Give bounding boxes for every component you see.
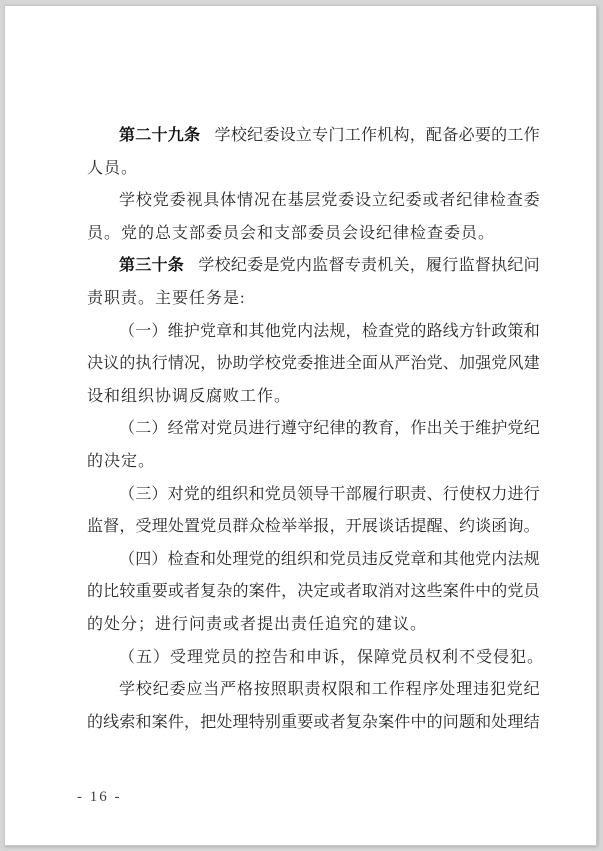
text-char: 立: [296, 120, 312, 153]
text-char: 机: [377, 120, 393, 153]
text-char: 建: [524, 348, 540, 381]
text-char: 者: [346, 576, 362, 609]
text-char: 履: [426, 250, 442, 283]
text-char: 组: [281, 544, 297, 577]
text-char: 应: [186, 674, 202, 707]
text-char: 纪: [153, 674, 169, 707]
text-char: 情: [168, 348, 184, 381]
text-char: 检: [490, 185, 506, 218]
text-char: 党: [321, 185, 337, 218]
text-char: 和: [232, 316, 248, 349]
text-char: ）: [151, 316, 167, 349]
text-char: 员: [524, 576, 540, 609]
text-char: 监: [312, 250, 328, 283]
text-char: 党: [394, 316, 410, 349]
text-char: 治: [410, 348, 426, 381]
text-char: 理: [507, 707, 523, 740]
text-char: 委: [247, 250, 263, 283]
text-char: ，: [119, 511, 135, 544]
text-char: 件: [459, 576, 475, 609]
text-char: 学: [198, 250, 214, 283]
text-char: ，: [410, 250, 426, 283]
text-char: 的: [119, 348, 135, 381]
text-char: 纪: [524, 413, 540, 446]
text-char: 构: [394, 120, 410, 153]
text-char: 是: [263, 250, 279, 283]
text-char: 四: [135, 544, 151, 577]
text-char: 校: [265, 348, 281, 381]
text-char: 举: [297, 511, 313, 544]
text-char: 。: [524, 511, 540, 544]
text-char: 重: [281, 707, 297, 740]
text-char: 举: [281, 511, 297, 544]
text-char: 助: [233, 348, 249, 381]
text-char: 或: [422, 185, 438, 218]
text-char: 案: [152, 707, 168, 740]
text-char: 序: [422, 674, 438, 707]
text-char: ）: [151, 413, 167, 446]
text-char: 线: [103, 707, 119, 740]
text-char: 学: [119, 674, 135, 707]
text-char: （: [119, 544, 135, 577]
text-char: 章: [410, 544, 426, 577]
text-char: 作: [410, 413, 426, 446]
article-heading-char: 九: [168, 120, 184, 153]
text-char: 行: [442, 250, 458, 283]
text-char: 三: [135, 479, 151, 512]
document-body: 第二十九条学校纪委设立专门工作机构，配备必要的工作人员。学校党委视具体情况在基层…: [87, 120, 540, 739]
text-char: 校: [215, 250, 231, 283]
article-heading-char: 二: [135, 120, 151, 153]
text-char: 风: [507, 348, 523, 381]
text-line: 责职责。主要任务是:: [87, 283, 540, 316]
text-char: 党: [508, 413, 524, 446]
text-char: 复: [346, 707, 362, 740]
text-char: 按: [254, 674, 270, 707]
text-char: 律: [329, 413, 345, 446]
text-char: ，: [410, 120, 426, 153]
text-char: 对: [394, 576, 410, 609]
text-char: 出: [427, 413, 443, 446]
text-char: 干: [329, 479, 345, 512]
page-number: - 16 -: [77, 789, 122, 806]
text-line: 的处分；进行问责或者提出责任追究的建议。: [87, 609, 540, 642]
text-char: 立: [372, 185, 388, 218]
text-char: 领: [297, 479, 313, 512]
text-char: 守: [297, 413, 313, 446]
text-char: 复: [200, 576, 216, 609]
text-char: 作: [389, 674, 405, 707]
text-char: 层: [304, 185, 320, 218]
text-line: 学校纪委应当严格按照职责权限和工作程序处理违犯党纪: [87, 674, 540, 707]
text-char: 他: [265, 316, 281, 349]
text-line: 第三十条学校纪委是党内监督专责机关，履行监督执纪问: [87, 250, 540, 283]
article-heading-char: 条: [184, 120, 200, 153]
text-char: 的: [410, 316, 426, 349]
text-char: 党: [281, 348, 297, 381]
text-char: 决: [87, 348, 103, 381]
text-char: 员: [346, 544, 362, 577]
text-char: 作: [361, 120, 377, 153]
text-char: 案: [443, 576, 459, 609]
text-line: （三）对党的组织和党员领导干部履行职责、行使权力进行: [87, 479, 540, 512]
text-char: 党: [249, 544, 265, 577]
article-heading-char: 条: [168, 250, 184, 283]
text-char: 的: [491, 576, 507, 609]
text-char: 比: [103, 576, 119, 609]
text-char: 委: [170, 674, 186, 707]
text-line: 的线索和案件，把处理特别重要或者复杂案件中的问题和处理结: [87, 707, 540, 740]
text-char: 门: [328, 120, 344, 153]
text-char: 的: [346, 413, 362, 446]
text-char: 协: [216, 348, 232, 381]
text-char: 员: [216, 511, 232, 544]
text-char: 导: [313, 479, 329, 512]
text-char: 者: [184, 576, 200, 609]
text-char: 政: [491, 316, 507, 349]
text-char: 违: [473, 674, 489, 707]
text-char: 党: [200, 316, 216, 349]
text-char: 具: [203, 185, 219, 218]
text-char: 职: [394, 479, 410, 512]
text-line: 设和组织协调反腐败工作。: [87, 381, 540, 414]
text-char: 其: [443, 544, 459, 577]
text-char: 这: [410, 576, 426, 609]
text-char: 其: [249, 316, 265, 349]
text-char: 党: [280, 250, 296, 283]
text-char: 监: [459, 250, 475, 283]
text-char: 责: [410, 479, 426, 512]
text-char: 、: [427, 479, 443, 512]
text-char: 问: [524, 250, 540, 283]
text-char: ）: [151, 479, 167, 512]
text-char: 些: [427, 576, 443, 609]
text-char: 反: [378, 544, 394, 577]
text-char: 严: [220, 674, 236, 707]
text-char: 和: [524, 316, 540, 349]
text-char: 党: [184, 479, 200, 512]
text-char: 党: [507, 576, 523, 609]
text-char: 件: [394, 707, 410, 740]
text-char: 内: [491, 544, 507, 577]
text-char: 委: [297, 348, 313, 381]
text-char: 开: [346, 511, 362, 544]
text-char: 党: [265, 479, 281, 512]
text-char: （: [119, 316, 135, 349]
text-char: 机: [377, 250, 393, 283]
text-char: 纪: [389, 185, 405, 218]
text-char: 程: [406, 674, 422, 707]
text-char: 委: [406, 185, 422, 218]
text-char: 处: [168, 511, 184, 544]
text-char: 杂: [216, 576, 232, 609]
text-line: （一）维护党章和其他党内法规，检查党的路线方针政策和: [87, 316, 540, 349]
text-char: 重: [136, 576, 152, 609]
text-char: 件: [168, 707, 184, 740]
text-char: 众: [249, 511, 265, 544]
text-char: 函: [491, 511, 507, 544]
text-char: 维: [168, 316, 184, 349]
text-char: 中: [410, 707, 426, 740]
text-char: ）: [151, 544, 167, 577]
text-char: 律: [473, 185, 489, 218]
text-char: 的: [87, 707, 103, 740]
text-char: 督: [103, 511, 119, 544]
text-char: 备: [442, 120, 458, 153]
text-char: 犯: [490, 674, 506, 707]
article-heading-char: 十: [152, 120, 168, 153]
text-char: 对: [200, 413, 216, 446]
text-char: 题: [459, 707, 475, 740]
text-char: 或: [313, 707, 329, 740]
text-char: 执: [136, 348, 152, 381]
text-char: 消: [378, 576, 394, 609]
text-char: （: [119, 413, 135, 446]
text-char: 谈: [475, 511, 491, 544]
text-char: 工: [507, 120, 523, 153]
text-char: 件: [265, 576, 281, 609]
text-char: 员: [232, 413, 248, 446]
text-char: 育: [378, 413, 394, 446]
text-char: 和: [475, 707, 491, 740]
text-char: 遵: [281, 413, 297, 446]
text-char: 取: [362, 576, 378, 609]
text-char: 杂: [362, 707, 378, 740]
text-char: 委: [338, 185, 354, 218]
text-char: 者: [439, 185, 455, 218]
text-char: 履: [362, 479, 378, 512]
text-char: 行: [265, 413, 281, 446]
text-char: 把: [200, 707, 216, 740]
text-char: 决: [297, 576, 313, 609]
text-char: 从: [378, 348, 394, 381]
text-char: ，: [184, 707, 200, 740]
text-char: 织: [297, 544, 313, 577]
text-char: 督: [475, 250, 491, 283]
text-char: 话: [394, 511, 410, 544]
text-char: 党: [216, 413, 232, 446]
text-char: 纪: [524, 674, 540, 707]
text-char: 基: [288, 185, 304, 218]
text-char: 党: [394, 544, 410, 577]
text-char: 受: [136, 511, 152, 544]
text-char: 要: [475, 120, 491, 153]
text-char: 纪: [456, 185, 472, 218]
text-char: 醒: [427, 511, 443, 544]
text-char: 约: [459, 511, 475, 544]
text-char: 委: [263, 120, 279, 153]
text-char: 和: [136, 707, 152, 740]
text-char: 处: [439, 674, 455, 707]
text-char: 纪: [507, 250, 523, 283]
text-char: 校: [231, 120, 247, 153]
text-char: 职: [288, 674, 304, 707]
text-char: 查: [184, 544, 200, 577]
text-char: 教: [362, 413, 378, 446]
screen: 第二十九条学校纪委设立专门工作机构，配备必要的工作人员。学校党委视具体情况在基层…: [0, 0, 603, 851]
text-char: 限: [338, 674, 354, 707]
text-char: 责: [304, 674, 320, 707]
text-char: 对: [168, 479, 184, 512]
text-char: ，: [346, 316, 362, 349]
text-char: 权: [321, 674, 337, 707]
text-char: 党: [153, 185, 169, 218]
text-char: 部: [346, 479, 362, 512]
article-heading-char: 十: [152, 250, 168, 283]
text-char: 和: [249, 479, 265, 512]
text-line: 人员。: [87, 153, 540, 186]
text-char: 案: [378, 707, 394, 740]
text-char: 行: [443, 479, 459, 512]
text-char: 工: [345, 120, 361, 153]
text-char: 设: [280, 120, 296, 153]
text-char: 强: [475, 348, 491, 381]
text-char: 严: [394, 348, 410, 381]
text-char: 党: [200, 511, 216, 544]
text-char: 党: [507, 674, 523, 707]
text-char: 置: [184, 511, 200, 544]
text-char: 行: [152, 348, 168, 381]
text-char: 理: [152, 511, 168, 544]
text-line: 的决定。: [87, 446, 540, 479]
text-char: 谈: [378, 511, 394, 544]
text-char: 关: [443, 413, 459, 446]
text-char: 委: [170, 185, 186, 218]
text-char: 照: [271, 674, 287, 707]
text-char: 加: [459, 348, 475, 381]
text-char: 别: [265, 707, 281, 740]
text-char: 必: [459, 120, 475, 153]
text-char: 检: [168, 544, 184, 577]
text-char: 学: [119, 185, 135, 218]
text-char: 专: [312, 120, 328, 153]
text-line: （四）检查和处理党的组织和党员违反党章和其他党内法规: [87, 544, 540, 577]
text-char: 查: [507, 185, 523, 218]
text-char: 群: [233, 511, 249, 544]
text-line: 第二十九条学校纪委设立专门工作机构，配备必要的工作: [87, 120, 540, 153]
text-char: （: [119, 479, 135, 512]
text-char: 检: [362, 316, 378, 349]
text-char: 和: [355, 674, 371, 707]
text-char: 党: [329, 544, 345, 577]
text-char: 纪: [231, 250, 247, 283]
text-char: 特: [249, 707, 265, 740]
text-char: 和: [313, 544, 329, 577]
text-char: 较: [119, 576, 135, 609]
text-char: 处: [216, 707, 232, 740]
text-char: 执: [491, 250, 507, 283]
text-line: （五）受理党员的控告和申诉，保障党员权利不受侵犯。: [87, 642, 540, 675]
text-char: 护: [184, 316, 200, 349]
text-char: 情: [237, 185, 253, 218]
text-char: 的: [200, 479, 216, 512]
article-heading-char: 三: [135, 250, 151, 283]
text-char: 督: [328, 250, 344, 283]
text-char: 体: [220, 185, 236, 218]
text-char: 全: [346, 348, 362, 381]
text-char: 和: [200, 544, 216, 577]
text-char: 专: [345, 250, 361, 283]
text-char: 织: [232, 479, 248, 512]
text-char: 党: [491, 348, 507, 381]
text-char: 委: [524, 185, 540, 218]
text-char: 结: [524, 707, 540, 740]
text-char: 问: [443, 707, 459, 740]
text-char: 校: [136, 674, 152, 707]
text-char: 维: [475, 413, 491, 446]
text-line: 决议的执行情况，协助学校党委推进全面从严治党、加强党风建: [87, 348, 540, 381]
text-char: 内: [297, 316, 313, 349]
text-line: 员。党的总支部委员会和支部委员会设纪律检查委员。: [87, 218, 540, 251]
text-char: ，: [281, 576, 297, 609]
text-char: 的: [87, 576, 103, 609]
text-char: 路: [427, 316, 443, 349]
text-char: 规: [524, 544, 540, 577]
text-char: 他: [459, 544, 475, 577]
text-char: 理: [456, 674, 472, 707]
text-char: 党: [475, 544, 491, 577]
text-char: 的: [265, 544, 281, 577]
text-char: 线: [443, 316, 459, 349]
text-char: 权: [475, 479, 491, 512]
text-char: 议: [103, 348, 119, 381]
text-char: 理: [232, 544, 248, 577]
text-char: 、: [443, 511, 459, 544]
text-char: 索: [119, 707, 135, 740]
text-char: 的: [427, 707, 443, 740]
text-char: 二: [135, 413, 151, 446]
text-char: 党: [427, 348, 443, 381]
text-char: 和: [427, 544, 443, 577]
text-char: 配: [426, 120, 442, 153]
text-char: 或: [330, 576, 346, 609]
text-char: 违: [362, 544, 378, 577]
text-char: 作: [524, 120, 540, 153]
text-char: ，: [330, 511, 346, 544]
text-char: 面: [362, 348, 378, 381]
text-char: 要: [152, 576, 168, 609]
text-char: 定: [313, 576, 329, 609]
text-char: 一: [135, 316, 151, 349]
text-char: 格: [237, 674, 253, 707]
text-char: 者: [330, 707, 346, 740]
text-char: 纪: [313, 413, 329, 446]
text-char: 、: [443, 348, 459, 381]
text-char: 常: [184, 413, 200, 446]
text-char: 法: [508, 544, 524, 577]
text-char: 针: [475, 316, 491, 349]
text-char: 监: [87, 511, 103, 544]
text-char: 视: [186, 185, 202, 218]
text-char: 工: [372, 674, 388, 707]
text-char: 党: [281, 316, 297, 349]
text-char: 法: [313, 316, 329, 349]
text-char: 章: [216, 316, 232, 349]
text-char: 学: [249, 348, 265, 381]
text-char: 内: [296, 250, 312, 283]
text-char: 员: [281, 479, 297, 512]
text-char: 的: [491, 120, 507, 153]
text-char: 学: [215, 120, 231, 153]
text-char: 或: [168, 576, 184, 609]
text-char: 理: [233, 707, 249, 740]
text-char: 处: [491, 707, 507, 740]
text-char: 进: [508, 479, 524, 512]
text-line: （二）经常对党员进行遵守纪律的教育，作出关于维护党纪: [87, 413, 540, 446]
text-char: 况: [254, 185, 270, 218]
text-char: 提: [410, 511, 426, 544]
text-char: 组: [216, 479, 232, 512]
